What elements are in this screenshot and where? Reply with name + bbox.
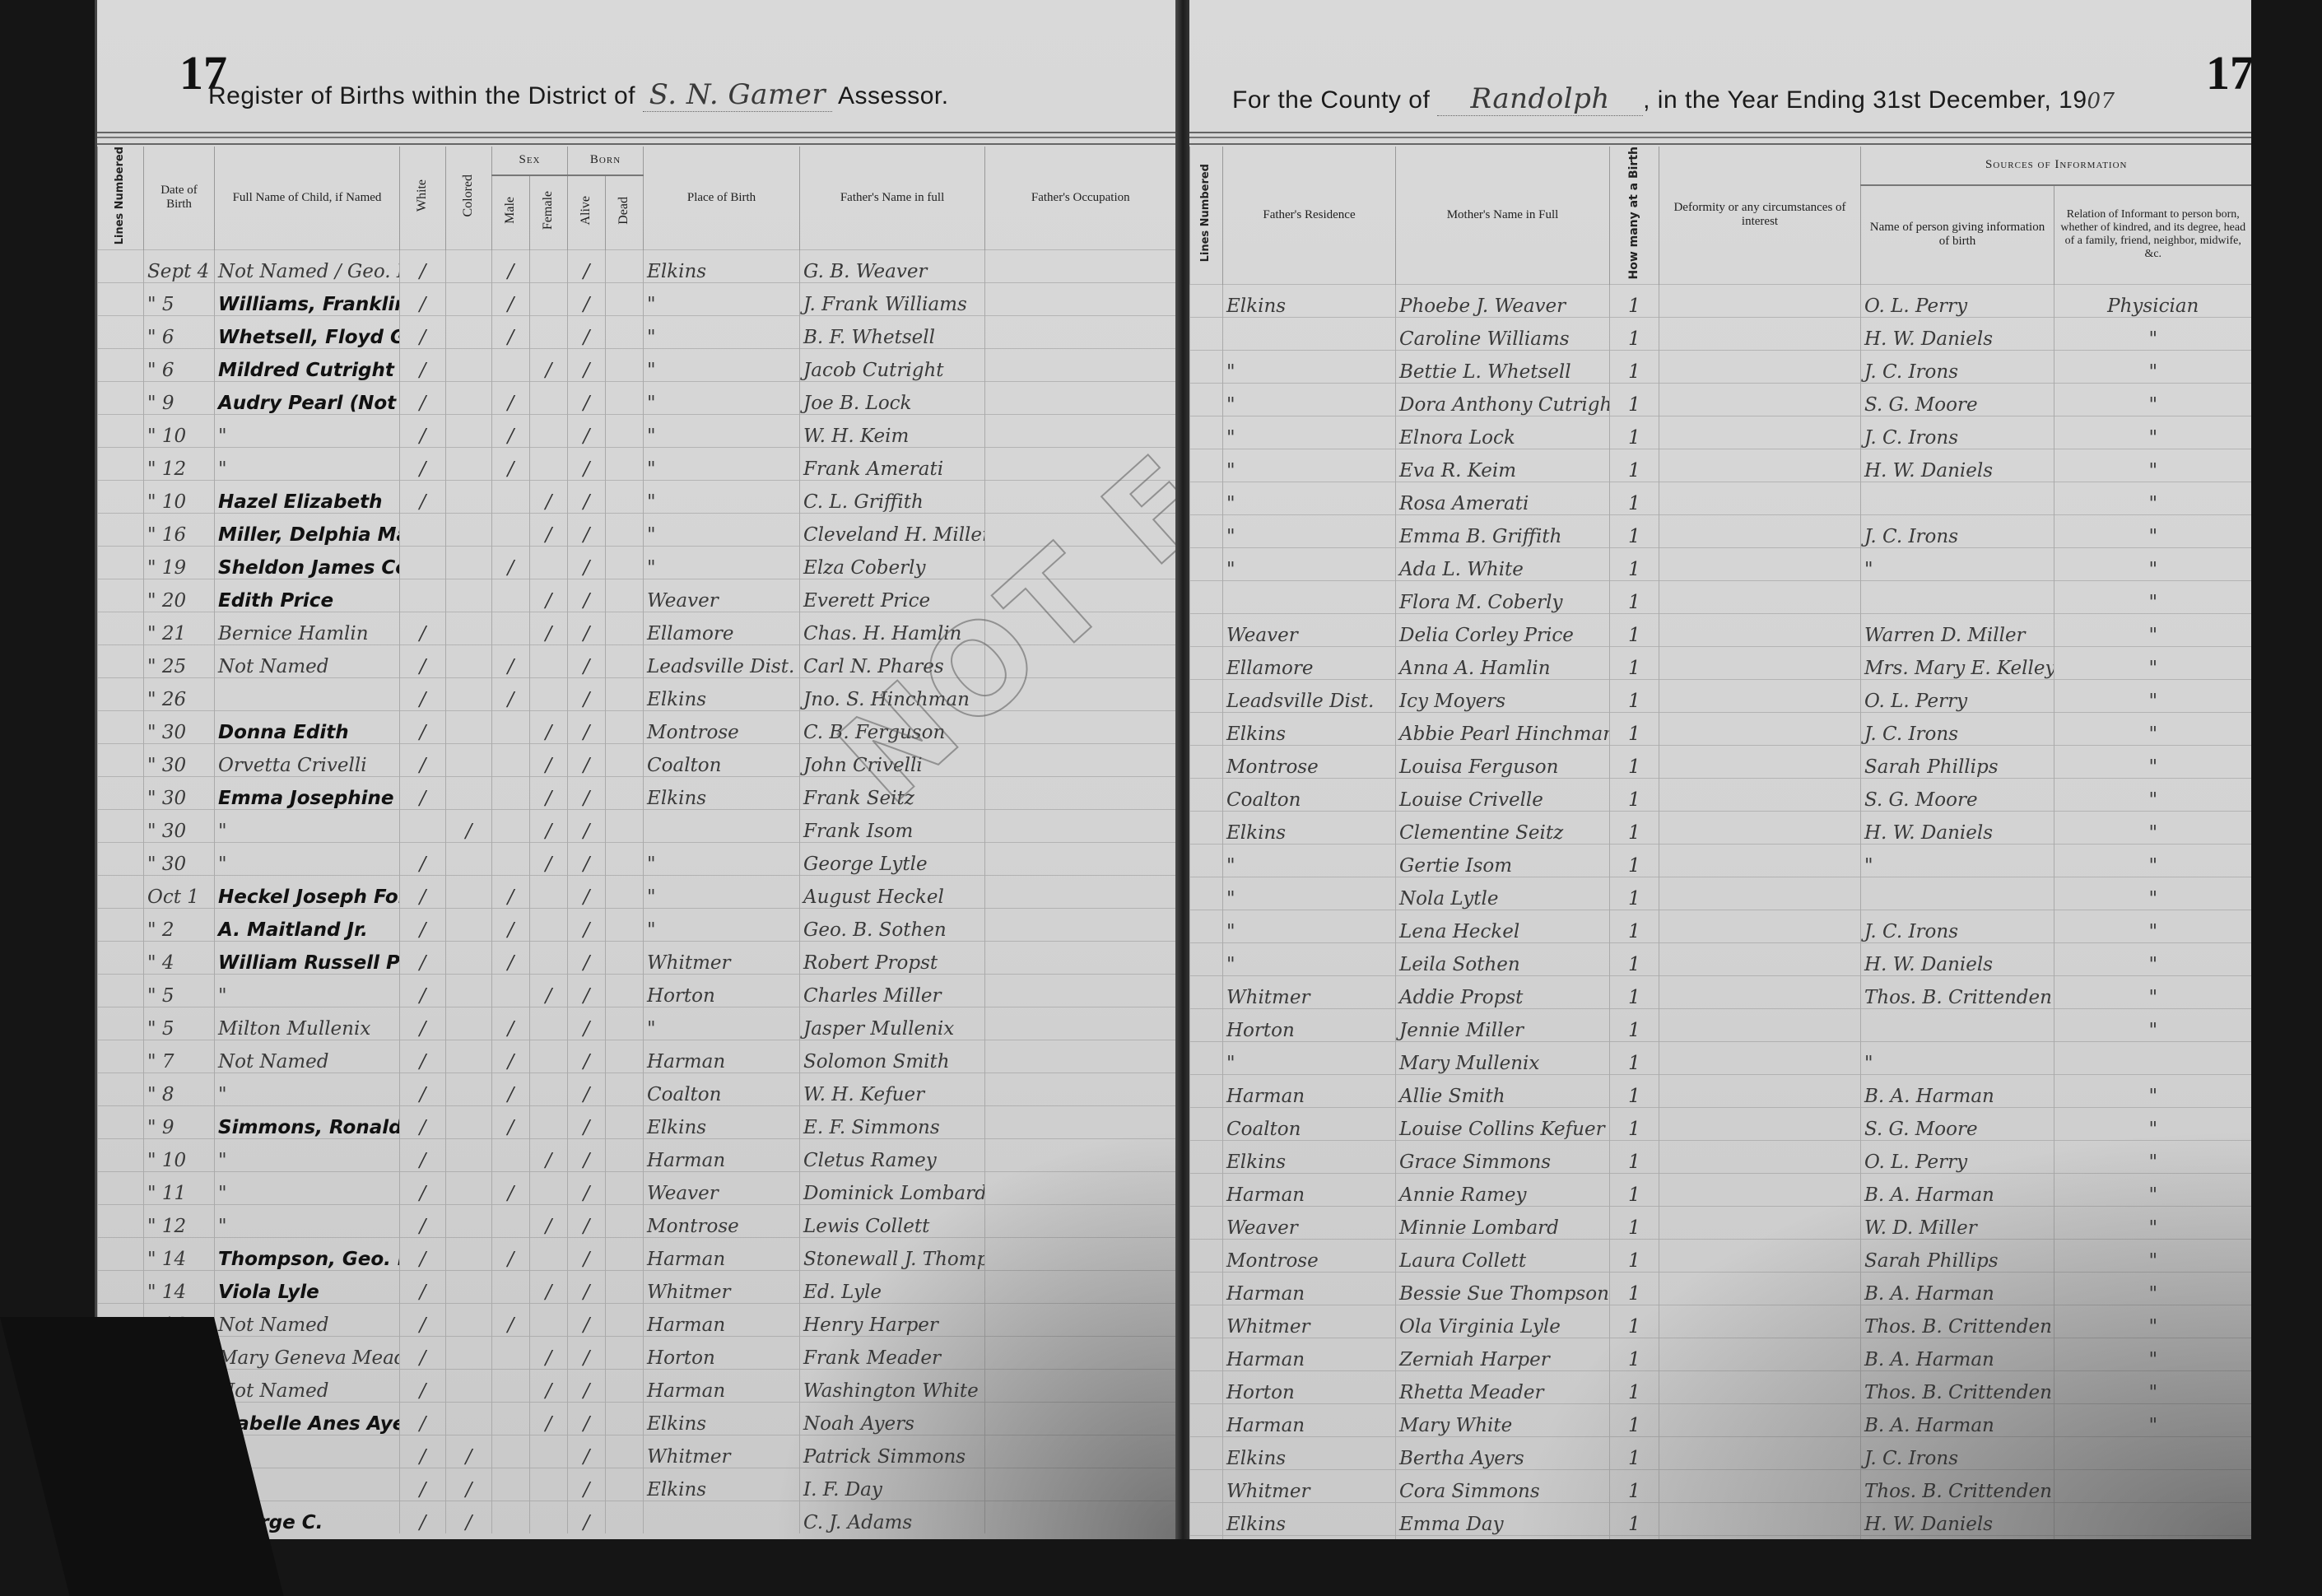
births-count: 1 <box>1610 975 1659 1008</box>
birth-date: " 10 <box>144 1138 215 1171</box>
place-of-birth: " <box>644 348 800 381</box>
colored-mark <box>446 612 492 644</box>
dead-mark <box>606 381 644 414</box>
birth-date: Sept 4 <box>144 249 215 282</box>
line-number <box>98 1073 144 1105</box>
informant-name: H. W. Daniels <box>1861 1502 2054 1535</box>
child-name: Mildred Cutright <box>215 348 400 381</box>
informant-relation: " <box>2054 778 2252 811</box>
alive-mark: / <box>568 1303 606 1336</box>
white-mark: / <box>400 1501 446 1533</box>
alive-mark: / <box>568 1105 606 1138</box>
father-occupation <box>985 249 1176 282</box>
informant-relation: " <box>2054 679 2252 712</box>
births-count: 1 <box>1610 1370 1659 1403</box>
line-number <box>98 974 144 1007</box>
col-how-many-at-birth: How many at a Birth <box>1610 147 1659 284</box>
father-residence: " <box>1223 514 1396 547</box>
father-residence: Coalton <box>1223 778 1396 811</box>
father-residence: Whitmer <box>1223 1305 1396 1338</box>
colored-mark <box>446 1270 492 1303</box>
father-name: I. F. Day <box>800 1468 985 1501</box>
line-number <box>98 513 144 546</box>
left-page: 17 Register of Births within the Distric… <box>95 0 1184 1539</box>
line-number <box>1190 1502 1223 1535</box>
mother-name: Ola Virginia Lyle <box>1396 1305 1610 1338</box>
male-mark <box>492 1204 530 1237</box>
mother-name: Bertha Ayers <box>1396 1436 1610 1469</box>
dead-mark <box>606 282 644 315</box>
child-name: Emma Josephine <box>215 776 400 809</box>
white-mark: / <box>400 249 446 282</box>
deformity-notes <box>1659 449 1861 482</box>
mother-name: Rosa Amerati <box>1396 482 1610 514</box>
male-mark: / <box>492 249 530 282</box>
place-of-birth: Coalton <box>644 743 800 776</box>
birth-date: " 12 <box>144 447 215 480</box>
father-name: J. Frank Williams <box>800 282 985 315</box>
child-name: Mary Geneva Meader <box>215 1336 400 1369</box>
birth-date: " 21 <box>144 612 215 644</box>
line-number <box>1190 1338 1223 1370</box>
white-mark: / <box>400 315 446 348</box>
informant-relation: " <box>2054 646 2252 679</box>
mother-name: Eva R. Keim <box>1396 449 1610 482</box>
mother-name: Louise Collins Kefuer <box>1396 1107 1610 1140</box>
alive-mark: / <box>568 1435 606 1468</box>
father-occupation <box>985 1501 1176 1533</box>
line-number <box>98 612 144 644</box>
male-mark <box>492 776 530 809</box>
dead-mark <box>606 1007 644 1040</box>
father-residence <box>1223 580 1396 613</box>
births-count: 1 <box>1610 844 1659 877</box>
register-row: CoaltonLouise Crivelle1S. G. Moore" <box>1190 778 2252 811</box>
informant-name: Thos. B. Crittenden <box>1861 1370 2054 1403</box>
place-of-birth: Harman <box>644 1040 800 1073</box>
male-mark <box>492 1138 530 1171</box>
male-mark <box>492 710 530 743</box>
informant-name: J. C. Irons <box>1861 350 2054 383</box>
register-row: HarmanMary White1B. A. Harman" <box>1190 1403 2252 1436</box>
father-occupation <box>985 1040 1176 1073</box>
deformity-notes <box>1659 383 1861 416</box>
father-occupation <box>985 908 1176 941</box>
births-count: 1 <box>1610 482 1659 514</box>
father-occupation <box>985 743 1176 776</box>
deformity-notes <box>1659 1338 1861 1370</box>
birth-date: " 10 <box>144 414 215 447</box>
line-number <box>1190 383 1223 416</box>
deformity-notes <box>1659 646 1861 679</box>
birth-date: Oct 1 <box>144 875 215 908</box>
mother-name: Bessie Sue Thompson <box>1396 1272 1610 1305</box>
mother-name: Louise Crivelle <box>1396 778 1610 811</box>
father-name: Cleveland H. Miller <box>800 513 985 546</box>
deformity-notes <box>1659 1403 1861 1436</box>
informant-relation: " <box>2054 910 2252 942</box>
alive-mark: / <box>568 381 606 414</box>
father-residence: " <box>1223 416 1396 449</box>
line-number <box>1190 1074 1223 1107</box>
header-rule <box>1189 132 2251 145</box>
father-occupation <box>985 677 1176 710</box>
child-name: Not Named / Geo. E. <box>215 249 400 282</box>
line-number <box>98 315 144 348</box>
father-residence <box>1223 317 1396 350</box>
place-of-birth: Harman <box>644 1303 800 1336</box>
father-name: Jacob Cutright <box>800 348 985 381</box>
register-row: ElkinsClementine Seitz1H. W. Daniels" <box>1190 811 2252 844</box>
informant-name: H. W. Daniels <box>1861 811 2054 844</box>
white-mark: / <box>400 1073 446 1105</box>
male-mark <box>492 513 530 546</box>
register-row: "Lena Heckel1J. C. Irons" <box>1190 910 2252 942</box>
child-name: Thompson, Geo. Robert <box>215 1237 400 1270</box>
right-page-number: 17 <box>2206 45 2251 100</box>
left-page-title: Register of Births within the District o… <box>208 78 949 112</box>
alive-mark: / <box>568 579 606 612</box>
colored-mark <box>446 480 492 513</box>
white-mark <box>400 809 446 842</box>
register-row: HarmanAnnie Ramey1B. A. Harman" <box>1190 1173 2252 1206</box>
male-mark: / <box>492 1073 530 1105</box>
mother-name: Louisa Ferguson <box>1396 745 1610 778</box>
col-informant-relation: Relation of Informant to person born, wh… <box>2054 185 2252 285</box>
line-number <box>1190 1469 1223 1502</box>
line-number <box>98 644 144 677</box>
mother-name: Lena Heckel <box>1396 910 1610 942</box>
deformity-notes <box>1659 317 1861 350</box>
births-count: 1 <box>1610 1535 1659 1539</box>
father-residence: " <box>1223 942 1396 975</box>
birth-date: " 6 <box>144 315 215 348</box>
col-group-born: Born <box>568 147 644 175</box>
father-residence: Elkins <box>1223 1502 1396 1535</box>
register-row: " 10Hazel Elizabeth///"C. L. Griffith <box>98 480 1176 513</box>
informant-relation: " <box>2054 1206 2252 1239</box>
female-mark: / <box>530 513 568 546</box>
colored-mark <box>446 1040 492 1073</box>
female-mark <box>530 1237 568 1270</box>
line-number <box>1190 1272 1223 1305</box>
place-of-birth: Elkins <box>644 776 800 809</box>
informant-relation <box>2054 1535 2252 1539</box>
father-occupation <box>985 1336 1176 1369</box>
informant-relation: " <box>2054 1107 2252 1140</box>
births-count: 1 <box>1610 679 1659 712</box>
informant-relation: " <box>2054 1074 2252 1107</box>
line-number <box>1190 942 1223 975</box>
father-residence: " <box>1223 1041 1396 1074</box>
register-row: WhitmerCora Simmons1Thos. B. Crittenden <box>1190 1469 2252 1502</box>
dead-mark <box>606 908 644 941</box>
col-white: White <box>400 147 446 249</box>
mother-name: Zerniah Harper <box>1396 1338 1610 1370</box>
white-mark: / <box>400 776 446 809</box>
father-occupation <box>985 974 1176 1007</box>
informant-name <box>1861 1008 2054 1041</box>
father-occupation <box>985 941 1176 974</box>
father-name: Patrick Simmons <box>800 1435 985 1468</box>
white-mark: / <box>400 282 446 315</box>
informant-name: " <box>1861 844 2054 877</box>
line-number <box>1190 1173 1223 1206</box>
white-mark: / <box>400 1270 446 1303</box>
white-mark: / <box>400 1303 446 1336</box>
alive-mark: / <box>568 1336 606 1369</box>
colored-mark <box>446 546 492 579</box>
deformity-notes <box>1659 1305 1861 1338</box>
father-name: Frank Seitz <box>800 776 985 809</box>
deformity-notes <box>1659 910 1861 942</box>
father-residence: Horton <box>1223 1008 1396 1041</box>
father-occupation <box>985 282 1176 315</box>
col-informant-name: Name of person giving information of bir… <box>1861 185 2054 285</box>
register-row: " 7Not Named///HarmanSolomon Smith <box>98 1040 1176 1073</box>
deformity-notes <box>1659 778 1861 811</box>
register-row: " 5"///HortonCharles Miller <box>98 974 1176 1007</box>
father-occupation <box>985 348 1176 381</box>
place-of-birth: Elkins <box>644 249 800 282</box>
informant-name: S. G. Moore <box>1861 383 2054 416</box>
white-mark <box>400 546 446 579</box>
dead-mark <box>606 1468 644 1501</box>
register-row: WeaverDelia Corley Price1Warren D. Mille… <box>1190 613 2252 646</box>
line-number <box>98 941 144 974</box>
father-name: C. J. Adams <box>800 1501 985 1533</box>
white-mark <box>400 513 446 546</box>
line-number <box>98 381 144 414</box>
alive-mark: / <box>568 1171 606 1204</box>
child-name: " <box>215 1138 400 1171</box>
mother-name: Laura Collett <box>1396 1239 1610 1272</box>
male-mark: / <box>492 908 530 941</box>
informant-relation: Physician <box>2054 284 2252 317</box>
father-name: Frank Isom <box>800 809 985 842</box>
father-residence: " <box>1223 877 1396 910</box>
line-number <box>1190 547 1223 580</box>
deformity-notes <box>1659 284 1861 317</box>
female-mark: / <box>530 348 568 381</box>
col-mothers-name: Mother's Name in Full <box>1396 147 1610 284</box>
col-alive: Alive <box>568 175 606 249</box>
mother-name: Grace Simmons <box>1396 1140 1610 1173</box>
male-mark: / <box>492 381 530 414</box>
register-row: ElkinsAbbie Pearl Hinchman1J. C. Irons" <box>1190 712 2252 745</box>
col-fathers-occupation: Father's Occupation <box>985 147 1176 249</box>
deformity-notes <box>1659 712 1861 745</box>
informant-relation: " <box>2054 975 2252 1008</box>
mother-name: Allie Smith <box>1396 1074 1610 1107</box>
alive-mark: / <box>568 1501 606 1533</box>
place-of-birth: " <box>644 842 800 875</box>
female-mark: / <box>530 809 568 842</box>
place-of-birth: Weaver <box>644 579 800 612</box>
deformity-notes <box>1659 350 1861 383</box>
line-number <box>1190 284 1223 317</box>
col-full-name: Full Name of Child, if Named <box>215 147 400 249</box>
colored-mark <box>446 1073 492 1105</box>
alive-mark: / <box>568 282 606 315</box>
father-residence: Elkins <box>1223 712 1396 745</box>
place-of-birth: Montrose <box>644 1204 800 1237</box>
register-row: HortonJennie Miller1" <box>1190 1008 2252 1041</box>
deformity-notes <box>1659 745 1861 778</box>
informant-relation: " <box>2054 1338 2252 1370</box>
birth-date: " 10 <box>144 480 215 513</box>
deformity-notes <box>1659 1008 1861 1041</box>
deformity-notes <box>1659 613 1861 646</box>
alive-mark: / <box>568 1204 606 1237</box>
male-mark <box>492 1402 530 1435</box>
place-of-birth: Elkins <box>644 1105 800 1138</box>
register-row: " 2A. Maitland Jr.///"Geo. B. Sothen <box>98 908 1176 941</box>
informant-relation: " <box>2054 383 2252 416</box>
colored-mark <box>446 974 492 1007</box>
births-count: 1 <box>1610 1469 1659 1502</box>
dead-mark <box>606 348 644 381</box>
dead-mark <box>606 1171 644 1204</box>
father-occupation <box>985 1138 1176 1171</box>
female-mark: / <box>530 579 568 612</box>
white-mark: / <box>400 908 446 941</box>
dead-mark <box>606 1105 644 1138</box>
birth-date: " 9 <box>144 1105 215 1138</box>
dead-mark <box>606 1237 644 1270</box>
births-count: 1 <box>1610 416 1659 449</box>
county-prefix: For the County of <box>1232 86 1430 114</box>
father-name: John Crivelli <box>800 743 985 776</box>
col-male: Male <box>492 175 530 249</box>
informant-relation: " <box>2054 416 2252 449</box>
place-of-birth: Horton <box>644 1336 800 1369</box>
father-name: Ed. Lyle <box>800 1270 985 1303</box>
deformity-notes <box>1659 1041 1861 1074</box>
alive-mark: / <box>568 447 606 480</box>
mother-name: Nola Lytle <box>1396 877 1610 910</box>
line-number <box>1190 416 1223 449</box>
register-row: CoaltonLouise Collins Kefuer1S. G. Moore… <box>1190 1107 2252 1140</box>
year-label: , in the Year Ending 31st December, 19 <box>1643 86 2087 114</box>
register-row: WeaverMinnie Lombard1W. D. Miller" <box>1190 1206 2252 1239</box>
birth-date: " 30 <box>144 710 215 743</box>
white-mark: / <box>400 414 446 447</box>
father-residence: Elkins <box>1223 811 1396 844</box>
colored-mark <box>446 381 492 414</box>
father-occupation <box>985 414 1176 447</box>
register-row: "Dora Anthony Cutright1S. G. Moore" <box>1190 383 2252 416</box>
col-lines-numbered: Lines Numbered <box>98 147 144 249</box>
father-occupation <box>985 579 1176 612</box>
register-row: Flora M. Coberly1" <box>1190 580 2252 613</box>
register-row: " 6Mildred Cutright///"Jacob Cutright <box>98 348 1176 381</box>
line-number <box>1190 1305 1223 1338</box>
register-row: HortonRhetta Meader1Thos. B. Crittenden" <box>1190 1370 2252 1403</box>
male-mark <box>492 1501 530 1533</box>
birth-date: " 19 <box>144 546 215 579</box>
dead-mark <box>606 974 644 1007</box>
informant-name: J. C. Irons <box>1861 416 2054 449</box>
deformity-notes <box>1659 1074 1861 1107</box>
right-register-rows: ElkinsPhoebe J. Weaver1O. L. PerryPhysic… <box>1190 284 2252 1539</box>
female-mark: / <box>530 710 568 743</box>
births-count: 1 <box>1610 1206 1659 1239</box>
father-occupation <box>985 710 1176 743</box>
deformity-notes <box>1659 1436 1861 1469</box>
child-name: Hazel Elizabeth <box>215 480 400 513</box>
mother-name: Annie Ramey <box>1396 1173 1610 1206</box>
father-residence: " <box>1223 449 1396 482</box>
line-number <box>1190 1403 1223 1436</box>
dead-mark <box>606 447 644 480</box>
female-mark: / <box>530 1402 568 1435</box>
father-name: Jasper Mullenix <box>800 1007 985 1040</box>
informant-name: Thos. B. Crittenden <box>1861 1469 2054 1502</box>
father-residence: Coalton <box>1223 1107 1396 1140</box>
register-row: " 30Orvetta Crivelli///CoaltonJohn Crive… <box>98 743 1176 776</box>
register-row: "Mary Mullenix1" <box>1190 1041 2252 1074</box>
county-name: Randolph <box>1437 82 1643 116</box>
dead-mark <box>606 809 644 842</box>
district-assessor-name: S. N. Gamer <box>643 78 832 112</box>
alive-mark: / <box>568 842 606 875</box>
dead-mark <box>606 546 644 579</box>
line-number <box>1190 778 1223 811</box>
mother-name: Bettie L. Whetsell <box>1396 350 1610 383</box>
place-of-birth: " <box>644 480 800 513</box>
informant-relation: " <box>2054 811 2252 844</box>
births-count: 1 <box>1610 1074 1659 1107</box>
father-residence: Leadsville Dist. <box>1223 679 1396 712</box>
alive-mark: / <box>568 513 606 546</box>
informant-relation <box>2054 1041 2252 1074</box>
informant-name: Thos. B. Crittenden <box>1861 975 2054 1008</box>
male-mark <box>492 348 530 381</box>
line-number <box>98 1007 144 1040</box>
child-name: Not Named <box>215 644 400 677</box>
father-occupation <box>985 1303 1176 1336</box>
line-number <box>1190 646 1223 679</box>
female-mark <box>530 1171 568 1204</box>
father-occupation <box>985 480 1176 513</box>
informant-relation: " <box>2054 514 2252 547</box>
child-name: Viola Lyle <box>215 1270 400 1303</box>
line-number <box>1190 910 1223 942</box>
register-row: " 16Mary Geneva Meader///HortonFrank Mea… <box>98 1336 1176 1369</box>
register-row: " 20Edith Price//WeaverEverett Price <box>98 579 1176 612</box>
informant-name: Warren D. Miller <box>1861 613 2054 646</box>
register-row: " 11"///WeaverDominick Lombard <box>98 1171 1176 1204</box>
right-page-title: For the County of Randolph, in the Year … <box>1232 82 2115 116</box>
father-residence: Harman <box>1223 1338 1396 1370</box>
child-name: Heckel Joseph Forge <box>215 875 400 908</box>
informant-relation: " <box>2054 482 2252 514</box>
alive-mark: / <box>568 1237 606 1270</box>
ledger-spread: 17 Register of Births within the Distric… <box>0 0 2322 1596</box>
male-mark <box>492 579 530 612</box>
dead-mark <box>606 249 644 282</box>
place-of-birth: Whitmer <box>644 941 800 974</box>
colored-mark: / <box>446 1468 492 1501</box>
father-name: Charles Miller <box>800 974 985 1007</box>
register-row: " 5Williams, Franklin Randolph///"J. Fra… <box>98 282 1176 315</box>
birth-date: " 30 <box>144 743 215 776</box>
dead-mark <box>606 315 644 348</box>
father-name: Jno. S. Hinchman <box>800 677 985 710</box>
col-fathers-name: Father's Name in full <box>800 147 985 249</box>
birth-date: " 5 <box>144 974 215 1007</box>
